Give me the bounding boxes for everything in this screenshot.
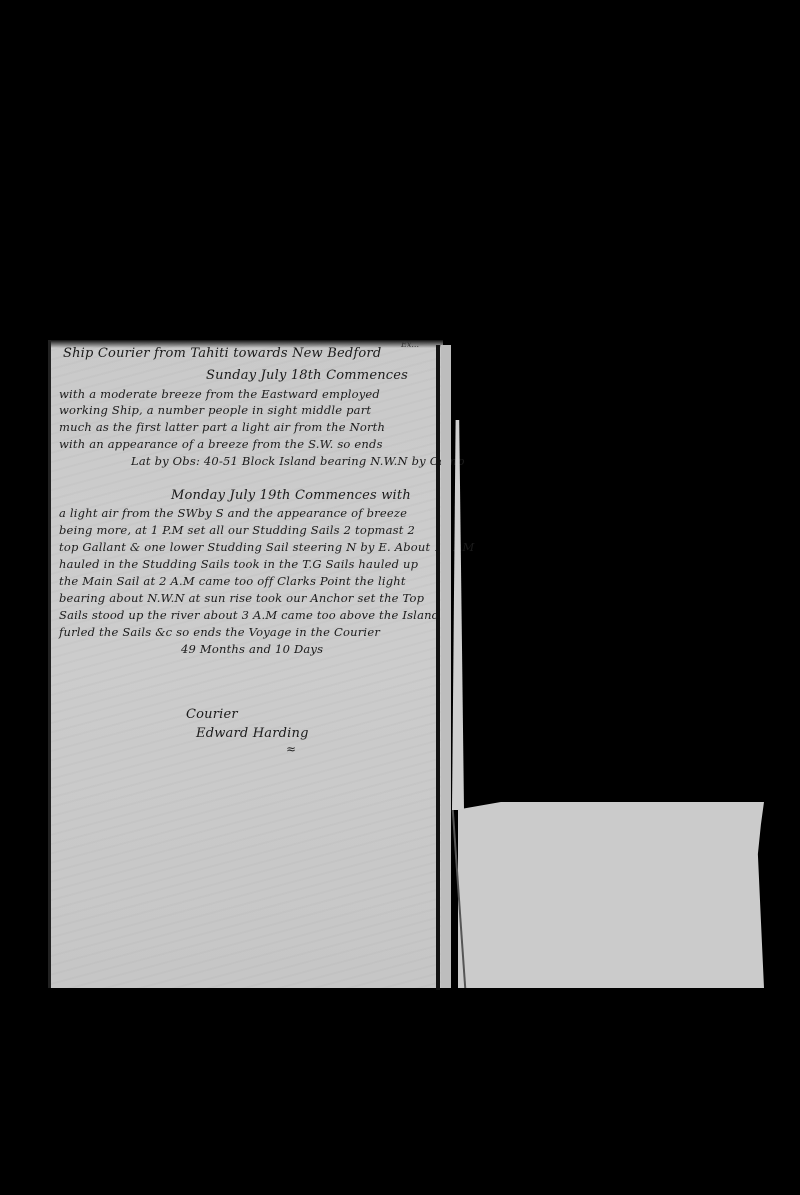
entry-position-line: Lat by Obs: 40-51 Block Island bearing N…: [131, 454, 465, 468]
signature-ship: Courier: [186, 707, 238, 722]
entry-line: top Gallant & one lower Studding Sail st…: [59, 540, 475, 554]
entry-line: with a moderate breeze from the Eastward…: [59, 387, 380, 401]
page-edge-strip: [441, 345, 451, 988]
binding-gutter: [436, 345, 440, 990]
entry-line: a light air from the SWby S and the appe…: [59, 506, 407, 520]
entry-heading-monday: Monday July 19th Commences with: [171, 488, 411, 503]
entry-line: bearing about N.W.N at sun rise took our…: [59, 591, 424, 605]
voyage-duration: 49 Months and 10 Days: [181, 642, 323, 656]
signature-flourish: ≈: [286, 742, 296, 756]
signature-name: Edward Harding: [196, 726, 309, 741]
entry-line: being more, at 1 P.M set all our Studdin…: [59, 523, 415, 537]
entry-line: much as the first latter part a light ai…: [59, 420, 385, 434]
corner-note: Ex...: [401, 340, 419, 349]
entry-line: the Main Sail at 2 A.M came too off Clar…: [59, 574, 406, 588]
entry-heading-sunday: Sunday July 18th Commences: [206, 368, 408, 383]
entry-line: hauled in the Studding Sails took in the…: [59, 557, 418, 571]
entry-line: with an appearance of a breeze from the …: [59, 437, 383, 451]
entry-line: Sails stood up the river about 3 A.M cam…: [59, 608, 439, 622]
page-title: Ship Courier from Tahiti towards New Bed…: [63, 346, 381, 361]
entry-line: furled the Sails &c so ends the Voyage i…: [59, 625, 380, 639]
torn-paper-strip: [452, 420, 464, 810]
entry-line: working Ship, a number people in sight m…: [59, 403, 371, 417]
folded-paper-flap: [458, 802, 764, 988]
logbook-page: Ship Courier from Tahiti towards New Bed…: [48, 340, 443, 988]
